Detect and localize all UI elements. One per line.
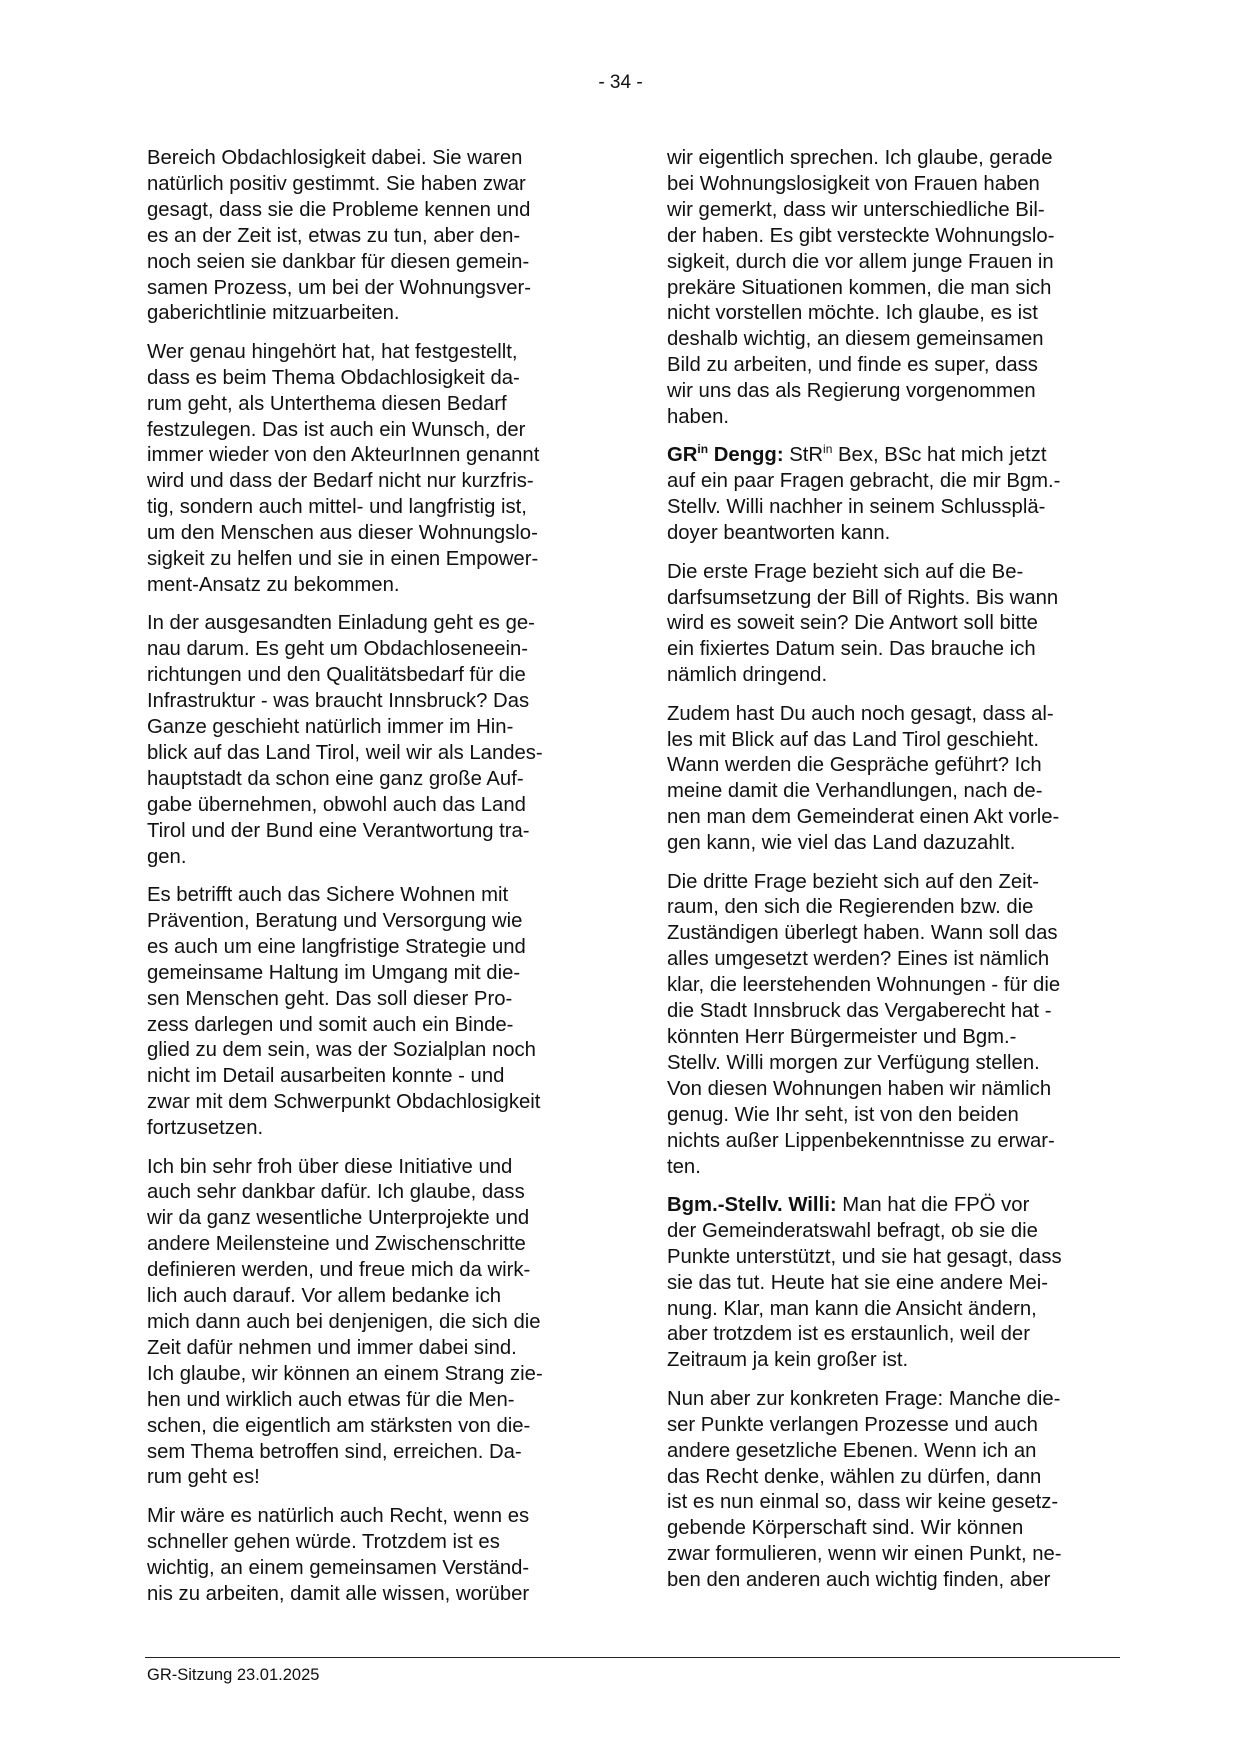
text-line: zwar mit dem Schwerpunkt Obdachlosigkeit bbox=[147, 1090, 617, 1116]
text-line: Zeitraum ja kein großer ist. bbox=[667, 1348, 1137, 1374]
text-line: fortzusetzen. bbox=[147, 1116, 617, 1142]
text-line: könnten Herr Bürgermeister und Bgm.- bbox=[667, 1025, 1137, 1051]
footer-divider bbox=[145, 1657, 1120, 1658]
text-line: GRin Dengg: StRin Bex, BSc hat mich jetz… bbox=[667, 443, 1137, 469]
paragraph: Es betrifft auch das Sichere Wohnen mit … bbox=[147, 883, 617, 1142]
text-line: schen, die eigentlich am stärksten von d… bbox=[147, 1414, 617, 1440]
text-line: gesagt, dass sie die Probleme kennen und bbox=[147, 198, 617, 224]
text-line: aber trotzdem ist es erstaunlich, weil d… bbox=[667, 1322, 1137, 1348]
text-line: gen kann, wie viel das Land dazuzahlt. bbox=[667, 831, 1137, 857]
text-line: Infrastruktur - was braucht Innsbruck? D… bbox=[147, 689, 617, 715]
text-line: darfsumsetzung der Bill of Rights. Bis w… bbox=[667, 586, 1137, 612]
speaker-name: Bgm.-Stellv. Willi: bbox=[667, 1194, 837, 1216]
right-column: wir eigentlich sprechen. Ich glaube, ger… bbox=[667, 146, 1137, 1607]
text-line: haben. bbox=[667, 405, 1137, 431]
text-line: die Stadt Innsbruck das Vergaberecht hat… bbox=[667, 999, 1137, 1025]
text-line: gabe übernehmen, obwohl auch das Land bbox=[147, 793, 617, 819]
text-line: hen und wirklich auch etwas für die Men- bbox=[147, 1388, 617, 1414]
text-line: um den Menschen aus dieser Wohnungslo- bbox=[147, 521, 617, 547]
text-line: ben den anderen auch wichtig finden, abe… bbox=[667, 1568, 1137, 1594]
text-line: wir gemerkt, dass wir unterschiedliche B… bbox=[667, 198, 1137, 224]
text-line: festzulegen. Das ist auch ein Wunsch, de… bbox=[147, 418, 617, 444]
text-line: ist es nun einmal so, dass wir keine ges… bbox=[667, 1490, 1137, 1516]
text-line: nen man dem Gemeinderat einen Akt vorle- bbox=[667, 805, 1137, 831]
text-line: andere gesetzliche Ebenen. Wenn ich an bbox=[667, 1439, 1137, 1465]
text-line: genug. Wie Ihr seht, ist von den beiden bbox=[667, 1103, 1137, 1129]
paragraph: wir eigentlich sprechen. Ich glaube, ger… bbox=[667, 146, 1137, 431]
text-line: Zuständigen überlegt haben. Wann soll da… bbox=[667, 921, 1137, 947]
text-line: doyer beantworten kann. bbox=[667, 521, 1137, 547]
text-line: Wer genau hingehört hat, hat festgestell… bbox=[147, 340, 617, 366]
paragraph: Nun aber zur konkreten Frage: Manche die… bbox=[667, 1387, 1137, 1594]
text-line: nau darum. Es geht um Obdachloseneein- bbox=[147, 637, 617, 663]
paragraph: Die dritte Frage bezieht sich auf den Ze… bbox=[667, 870, 1137, 1181]
text-line: klar, die leerstehenden Wohnungen - für … bbox=[667, 973, 1137, 999]
text-line: wir eigentlich sprechen. Ich glaube, ger… bbox=[667, 146, 1137, 172]
text-line: Bgm.-Stellv. Willi: Man hat die FPÖ vor bbox=[667, 1193, 1137, 1219]
text-line: nung. Klar, man kann die Ansicht ändern, bbox=[667, 1297, 1137, 1323]
superscript: in bbox=[697, 442, 708, 456]
text-line: gaberichtlinie mitzuarbeiten. bbox=[147, 301, 617, 327]
text-line: Ganze geschieht natürlich immer im Hin- bbox=[147, 715, 617, 741]
text-line: glied zu dem sein, was der Sozialplan no… bbox=[147, 1038, 617, 1064]
paragraph: Ich bin sehr froh über diese Initiative … bbox=[147, 1155, 617, 1492]
text-line: gen. bbox=[147, 845, 617, 871]
text-line: wird es soweit sein? Die Antwort soll bi… bbox=[667, 611, 1137, 637]
text-line: Die erste Frage bezieht sich auf die Be- bbox=[667, 560, 1137, 586]
text-line: nis zu arbeiten, damit alle wissen, worü… bbox=[147, 1582, 617, 1608]
text-line: natürlich positiv gestimmt. Sie haben zw… bbox=[147, 172, 617, 198]
text-line: tig, sondern auch mittel- und langfristi… bbox=[147, 495, 617, 521]
paragraph: Die erste Frage bezieht sich auf die Be-… bbox=[667, 560, 1137, 690]
text-line: andere Meilensteine und Zwischenschritte bbox=[147, 1232, 617, 1258]
text-line: wir da ganz wesentliche Unterprojekte un… bbox=[147, 1206, 617, 1232]
text-line: definieren werden, und freue mich da wir… bbox=[147, 1258, 617, 1284]
text-line: sigkeit zu helfen und sie in einen Empow… bbox=[147, 547, 617, 573]
text-line: wichtig, an einem gemeinsamen Verständ- bbox=[147, 1556, 617, 1582]
paragraph: Wer genau hingehört hat, hat festgestell… bbox=[147, 340, 617, 599]
text-line: bei Wohnungslosigkeit von Frauen haben bbox=[667, 172, 1137, 198]
page-number: - 34 - bbox=[0, 72, 1241, 94]
text-line: Ich glaube, wir können an einem Strang z… bbox=[147, 1362, 617, 1388]
footer-session-date: GR-Sitzung 23.01.2025 bbox=[147, 1666, 319, 1685]
text-line: mich dann auch bei denjenigen, die sich … bbox=[147, 1310, 617, 1336]
paragraph: Bereich Obdachlosigkeit dabei. Sie waren… bbox=[147, 146, 617, 327]
text-line: meine damit die Verhandlungen, nach de- bbox=[667, 779, 1137, 805]
text-line: rum geht, als Unterthema diesen Bedarf bbox=[147, 392, 617, 418]
text-line: es an der Zeit ist, etwas zu tun, aber d… bbox=[147, 224, 617, 250]
text-line: das Recht denke, wählen zu dürfen, dann bbox=[667, 1465, 1137, 1491]
text-line: prekäre Situationen kommen, die man sich bbox=[667, 276, 1137, 302]
text-line: raum, den sich die Regierenden bzw. die bbox=[667, 895, 1137, 921]
text-line: Prävention, Beratung und Versorgung wie bbox=[147, 909, 617, 935]
text-line: gemeinsame Haltung im Umgang mit die- bbox=[147, 961, 617, 987]
text-line: sem Thema betroffen sind, erreichen. Da- bbox=[147, 1440, 617, 1466]
text-line: wir uns das als Regierung vorgenommen bbox=[667, 379, 1137, 405]
paragraph: Mir wäre es natürlich auch Recht, wenn e… bbox=[147, 1504, 617, 1608]
paragraph: Zudem hast Du auch noch gesagt, dass al-… bbox=[667, 702, 1137, 857]
text-line: Stellv. Willi nachher in seinem Schlussp… bbox=[667, 495, 1137, 521]
text-line: Ich bin sehr froh über diese Initiative … bbox=[147, 1155, 617, 1181]
text-line: Von diesen Wohnungen haben wir nämlich bbox=[667, 1077, 1137, 1103]
text-line: zess darlegen und somit auch ein Binde- bbox=[147, 1013, 617, 1039]
text-line: les mit Blick auf das Land Tirol geschie… bbox=[667, 728, 1137, 754]
text-line: nichts außer Lippenbekenntnisse zu erwar… bbox=[667, 1129, 1137, 1155]
text-line: der Gemeinderatswahl befragt, ob sie die bbox=[667, 1219, 1137, 1245]
paragraph: In der ausgesandten Einladung geht es ge… bbox=[147, 611, 617, 870]
superscript: in bbox=[823, 442, 832, 456]
text-line: rum geht es! bbox=[147, 1465, 617, 1491]
text-line: auf ein paar Fragen gebracht, die mir Bg… bbox=[667, 469, 1137, 495]
speaker-name: GRin Dengg: bbox=[667, 444, 784, 466]
text-line: alles umgesetzt werden? Eines ist nämlic… bbox=[667, 947, 1137, 973]
text-line: Mir wäre es natürlich auch Recht, wenn e… bbox=[147, 1504, 617, 1530]
text-line: Nun aber zur konkreten Frage: Manche die… bbox=[667, 1387, 1137, 1413]
text-line: lich auch darauf. Vor allem bedanke ich bbox=[147, 1284, 617, 1310]
text-line: richtungen und den Qualitätsbedarf für d… bbox=[147, 663, 617, 689]
text-line: In der ausgesandten Einladung geht es ge… bbox=[147, 611, 617, 637]
text-line: nicht vorstellen möchte. Ich glaube, es … bbox=[667, 301, 1137, 327]
text-line: samen Prozess, um bei der Wohnungsver- bbox=[147, 276, 617, 302]
text-line: Stellv. Willi morgen zur Verfügung stell… bbox=[667, 1051, 1137, 1077]
text-line: sie das tut. Heute hat sie eine andere M… bbox=[667, 1271, 1137, 1297]
text-line: dass es beim Thema Obdachlosigkeit da- bbox=[147, 366, 617, 392]
text-line: blick auf das Land Tirol, weil wir als L… bbox=[147, 741, 617, 767]
text-line: Es betrifft auch das Sichere Wohnen mit bbox=[147, 883, 617, 909]
text-line: sigkeit, durch die vor allem junge Fraue… bbox=[667, 250, 1137, 276]
text-line: ment-Ansatz zu bekommen. bbox=[147, 573, 617, 599]
text-line: der haben. Es gibt versteckte Wohnungslo… bbox=[667, 224, 1137, 250]
text-line: immer wieder von den AkteurInnen genannt bbox=[147, 443, 617, 469]
speaker-paragraph-willi: Bgm.-Stellv. Willi: Man hat die FPÖ vor … bbox=[667, 1193, 1137, 1374]
text-line: Bereich Obdachlosigkeit dabei. Sie waren bbox=[147, 146, 617, 172]
text-line: gebende Körperschaft sind. Wir können bbox=[667, 1516, 1137, 1542]
text-line: sen Menschen geht. Das soll dieser Pro- bbox=[147, 987, 617, 1013]
text-line: Zeit dafür nehmen und immer dabei sind. bbox=[147, 1336, 617, 1362]
text-line: noch seien sie dankbar für diesen gemein… bbox=[147, 250, 617, 276]
text-line: Punkte unterstützt, und sie hat gesagt, … bbox=[667, 1245, 1137, 1271]
text-line: es auch um eine langfristige Strategie u… bbox=[147, 935, 617, 961]
text-line: Zudem hast Du auch noch gesagt, dass al- bbox=[667, 702, 1137, 728]
text-line: nicht im Detail ausarbeiten konnte - und bbox=[147, 1064, 617, 1090]
text-line: zwar formulieren, wenn wir einen Punkt, … bbox=[667, 1542, 1137, 1568]
text-line: deshalb wichtig, an diesem gemeinsamen bbox=[667, 327, 1137, 353]
text-line: hauptstadt da schon eine ganz große Auf- bbox=[147, 767, 617, 793]
text-line: nämlich dringend. bbox=[667, 663, 1137, 689]
text-line: schneller gehen würde. Trotzdem ist es bbox=[147, 1530, 617, 1556]
speaker-paragraph-dengg: GRin Dengg: StRin Bex, BSc hat mich jetz… bbox=[667, 443, 1137, 547]
text-line: Wann werden die Gespräche geführt? Ich bbox=[667, 753, 1137, 779]
text-line: Bild zu arbeiten, und finde es super, da… bbox=[667, 353, 1137, 379]
text-line: ser Punkte verlangen Prozesse und auch bbox=[667, 1413, 1137, 1439]
text-line: Die dritte Frage bezieht sich auf den Ze… bbox=[667, 870, 1137, 896]
text-line: ein fixiertes Datum sein. Das brauche ic… bbox=[667, 637, 1137, 663]
text-line: auch sehr dankbar dafür. Ich glaube, das… bbox=[147, 1180, 617, 1206]
text-line: Tirol und der Bund eine Verantwortung tr… bbox=[147, 819, 617, 845]
text-line: ten. bbox=[667, 1155, 1137, 1181]
text-line: wird und dass der Bedarf nicht nur kurzf… bbox=[147, 469, 617, 495]
left-column: Bereich Obdachlosigkeit dabei. Sie waren… bbox=[147, 146, 617, 1620]
